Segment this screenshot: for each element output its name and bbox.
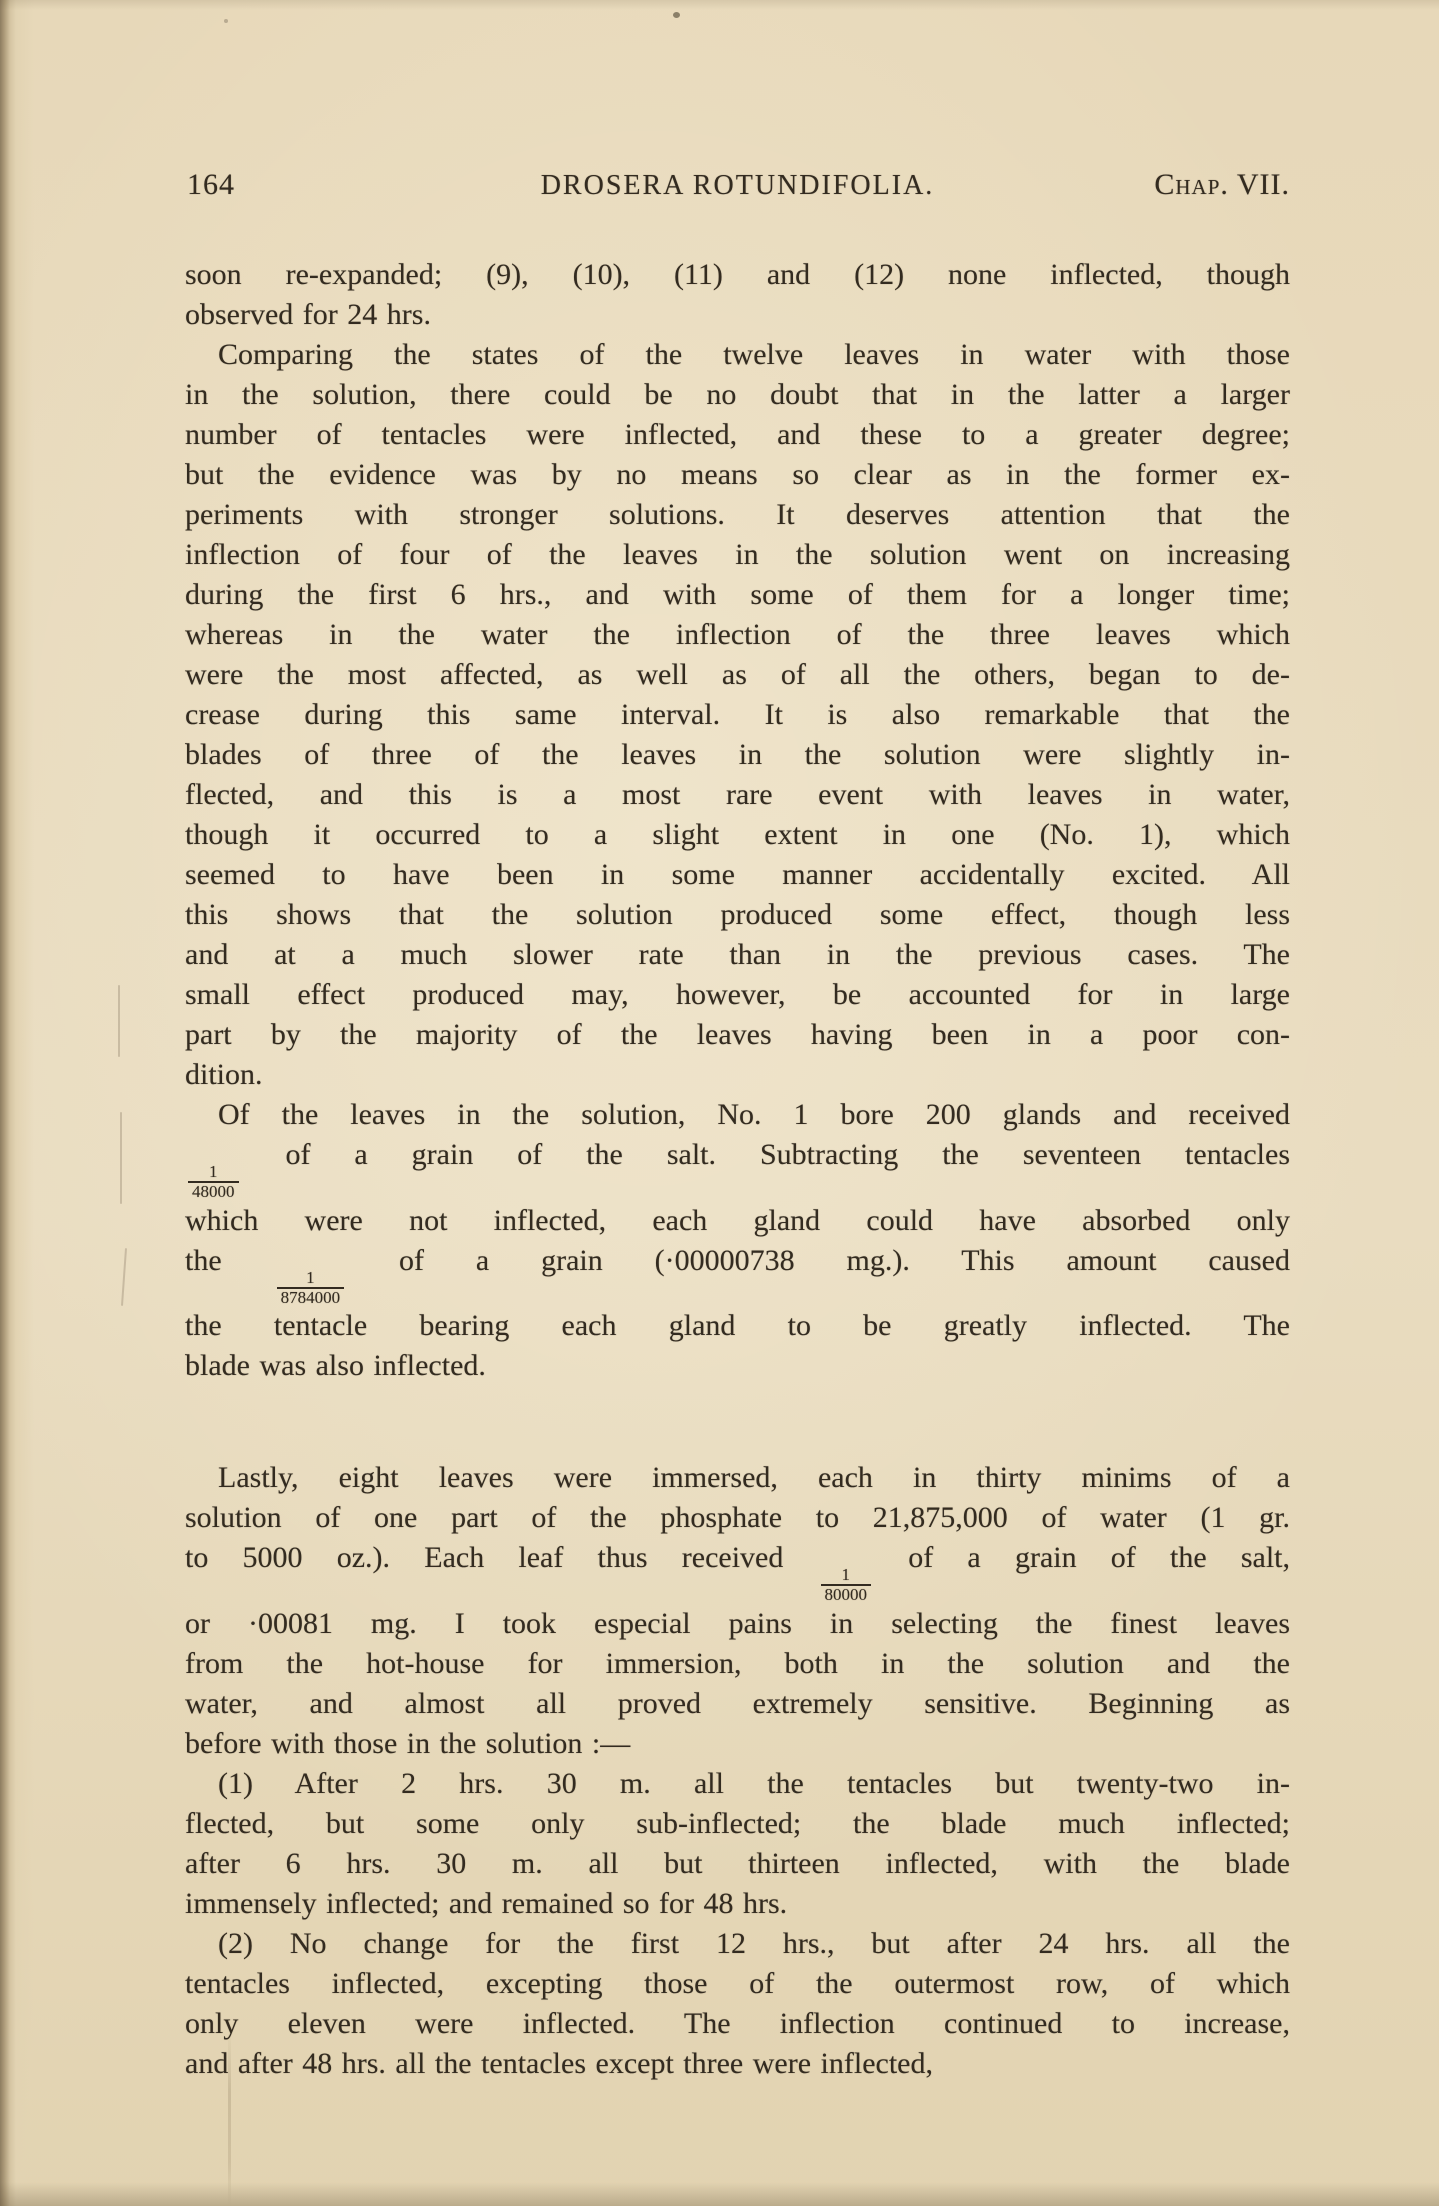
margin-mark (121, 1248, 127, 1306)
body-text: soon re-expanded; (9), (10), (11) and (1… (185, 255, 1290, 2084)
text-line: number of tentacles were inflected, and … (185, 415, 1290, 455)
text-line: the 18784000 of a grain (·00000738 mg.).… (185, 1241, 1290, 1307)
text-line: only eleven were inflected. The inflecti… (185, 2004, 1290, 2044)
text-line: Comparing the states of the twelve leave… (185, 335, 1290, 375)
text-line: part by the majority of the leaves havin… (185, 1015, 1290, 1055)
page-number: 164 (187, 168, 235, 202)
text-line: blades of three of the leaves in the sol… (185, 735, 1290, 775)
text-line: soon re-expanded; (9), (10), (11) and (1… (185, 255, 1290, 295)
text-line: Lastly, eight leaves were immersed, each… (185, 1458, 1290, 1498)
text-line: small effect produced may, however, be a… (185, 975, 1290, 1015)
text-line: seemed to have been in some manner accid… (185, 855, 1290, 895)
text-line: and after 48 hrs. all the tentacles exce… (185, 2044, 1290, 2084)
text-line: from the hot-house for immersion, both i… (185, 1644, 1290, 1684)
text-line: flected, and this is a most rare event w… (185, 775, 1290, 815)
text-line: dition. (185, 1055, 1290, 1095)
text-line: inflection of four of the leaves in the … (185, 535, 1290, 575)
text-line: were the most affected, as well as of al… (185, 655, 1290, 695)
text-line: but the evidence was by no means so clea… (185, 455, 1290, 495)
page-header: 164 DROSERA ROTUNDIFOLIA. Chap. VII. (185, 168, 1290, 210)
text-line: in the solution, there could be no doubt… (185, 375, 1290, 415)
paper-speck (224, 19, 228, 23)
text-line: this shows that the solution produced so… (185, 895, 1290, 935)
text-line: before with those in the solution :— (185, 1724, 1290, 1764)
paper-speck (673, 12, 680, 18)
page-left-edge (0, 0, 34, 2206)
text-line: water, and almost all proved extremely s… (185, 1684, 1290, 1724)
text-line: Of the leaves in the solution, No. 1 bor… (185, 1095, 1290, 1135)
paragraph: Comparing the states of the twelve leave… (185, 335, 1290, 1095)
page-top-edge (0, 0, 1439, 10)
running-title: DROSERA ROTUNDIFOLIA. (541, 170, 935, 202)
text-line: 148000 of a grain of the salt. Subtracti… (185, 1135, 1290, 1201)
paragraph: (2) No change for the first 12 hrs., but… (185, 1924, 1290, 2084)
paragraph: Of the leaves in the solution, No. 1 bor… (185, 1095, 1290, 1386)
chapter-label: Chap. VII. (1154, 168, 1290, 202)
text-line: crease during this same interval. It is … (185, 695, 1290, 735)
fraction: 18784000 (277, 1269, 345, 1307)
text-line: after 6 hrs. 30 m. all but thirteen infl… (185, 1844, 1290, 1884)
margin-mark (120, 1112, 122, 1204)
text-line: solution of one part of the phosphate to… (185, 1498, 1290, 1538)
text-line: though it occurred to a slight extent in… (185, 815, 1290, 855)
text-line: immensely inflected; and remained so for… (185, 1884, 1290, 1924)
text-line: blade was also inflected. (185, 1346, 1290, 1386)
page-scan: 164 DROSERA ROTUNDIFOLIA. Chap. VII. soo… (0, 0, 1439, 2206)
paragraph: (1) After 2 hrs. 30 m. all the tentacles… (185, 1764, 1290, 1924)
page-bottom-edge (0, 2182, 1439, 2206)
text-line: periments with stronger solutions. It de… (185, 495, 1290, 535)
text-line: (2) No change for the first 12 hrs., but… (185, 1924, 1290, 1964)
text-line: flected, but some only sub-inflected; th… (185, 1804, 1290, 1844)
fraction: 148000 (188, 1163, 239, 1201)
text-line: to 5000 oz.). Each leaf thus received 18… (185, 1538, 1290, 1604)
text-line: or ·00081 mg. I took especial pains in s… (185, 1604, 1290, 1644)
paragraph: Lastly, eight leaves were immersed, each… (185, 1458, 1290, 1764)
text-line: whereas in the water the inflection of t… (185, 615, 1290, 655)
text-line: (1) After 2 hrs. 30 m. all the tentacles… (185, 1764, 1290, 1804)
fraction: 180000 (821, 1566, 872, 1604)
text-line: observed for 24 hrs. (185, 295, 1290, 335)
paragraph: soon re-expanded; (9), (10), (11) and (1… (185, 255, 1290, 335)
text-line: which were not inflected, each gland cou… (185, 1201, 1290, 1241)
text-line: and at a much slower rate than in the pr… (185, 935, 1290, 975)
text-line: tentacles inflected, excepting those of … (185, 1964, 1290, 2004)
margin-mark (118, 985, 120, 1057)
text-line: during the first 6 hrs., and with some o… (185, 575, 1290, 615)
text-line: the tentacle bearing each gland to be gr… (185, 1306, 1290, 1346)
